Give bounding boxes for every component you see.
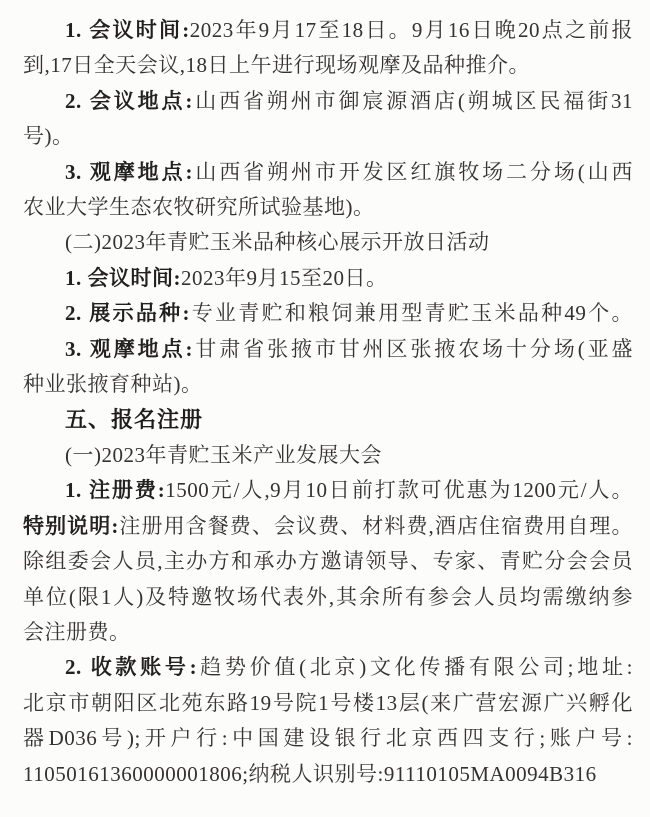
doc-line-text: 山西省朔州市御宸源酒店(朔城区民福街31 — [193, 89, 633, 113]
doc-line-text: 器D036号);开户行:中国建设银行北京西四支行;账户号: — [23, 726, 633, 750]
doc-line-text: 北京市朝阳区北苑东路19号院1号楼13层(来广营宏源广兴孵化 — [23, 691, 633, 715]
doc-line-text: (一)2023年青贮玉米产业发展大会 — [65, 443, 382, 467]
doc-line-text: 趋势价值(北京)文化传播有限公司;地址: — [197, 655, 633, 679]
doc-line-text: 除组委会人员,主办方和承办方邀请领导、专家、青贮分会会员 — [23, 549, 633, 573]
doc-line-text: 甘肃省张掖市甘州区张掖农场十分场(亚盛 — [193, 337, 633, 361]
doc-line: (一)2023年青贮玉米产业发展大会 — [23, 438, 633, 473]
doc-line-text: 专业青贮和粮饲兼用型青贮玉米品种49个。 — [190, 301, 633, 325]
doc-line-text: (二)2023年青贮玉米品种核心展示开放日活动 — [65, 230, 490, 254]
doc-line: 除组委会人员,主办方和承办方邀请领导、专家、青贮分会会员 — [23, 544, 633, 579]
doc-line: 2. 会议地点:山西省朔州市御宸源酒店(朔城区民福街31 — [23, 84, 633, 119]
doc-line-text: 农业大学生态农牧研究所试验基地)。 — [23, 195, 375, 219]
doc-line-label: 3. 观摩地点: — [65, 160, 193, 184]
doc-line: 3. 观摩地点:山西省朔州市开发区红旗牧场二分场(山西 — [23, 155, 633, 190]
doc-line: 3. 观摩地点:甘肃省张掖市甘州区张掖农场十分场(亚盛 — [23, 332, 633, 367]
doc-line-text: 11050161360000001806;纳税人识别号:91110105MA00… — [23, 762, 597, 786]
doc-line: 2. 收款账号:趋势价值(北京)文化传播有限公司;地址: — [23, 650, 633, 685]
doc-line-label: 1. 会议时间: — [65, 266, 181, 290]
doc-line: 会注册费。 — [23, 615, 633, 650]
doc-line-label: 1. 注册费: — [65, 478, 165, 502]
document-page: 1. 会议时间:2023年9月17至18日。9月16日晚20点之前报 到,17日… — [0, 0, 650, 817]
doc-line-text: 2023年9月15至20日。 — [181, 266, 388, 290]
doc-line-label: 3. 观摩地点: — [65, 337, 193, 361]
section-heading-text: 五、报名注册 — [65, 407, 203, 432]
doc-line: 特别说明:注册用含餐费、会议费、材料费,酒店住宿费用自理。 — [23, 509, 633, 544]
doc-line-text: 会注册费。 — [23, 620, 131, 644]
doc-line: 1. 会议时间:2023年9月17至18日。9月16日晚20点之前报 — [23, 13, 633, 48]
doc-line-text: 号)。 — [23, 124, 74, 148]
doc-line-text: 到,17日全天会议,18日上午进行现场观摩及品种推介。 — [23, 53, 530, 77]
doc-line-text: 2023年9月17至18日。9月16日晚20点之前报 — [190, 18, 633, 42]
doc-line: 号)。 — [23, 119, 633, 154]
doc-line: 北京市朝阳区北苑东路19号院1号楼13层(来广营宏源广兴孵化 — [23, 686, 633, 721]
doc-line: 11050161360000001806;纳税人识别号:91110105MA00… — [23, 757, 633, 792]
section-heading: 五、报名注册 — [23, 402, 633, 437]
doc-line-label: 2. 展示品种: — [65, 301, 190, 325]
doc-line: 到,17日全天会议,18日上午进行现场观摩及品种推介。 — [23, 48, 633, 83]
doc-line-text: 山西省朔州市开发区红旗牧场二分场(山西 — [193, 160, 633, 184]
doc-line-text: 注册用含餐费、会议费、材料费,酒店住宿费用自理。 — [119, 514, 633, 538]
doc-line: (二)2023年青贮玉米品种核心展示开放日活动 — [23, 225, 633, 260]
doc-line: 2. 展示品种:专业青贮和粮饲兼用型青贮玉米品种49个。 — [23, 296, 633, 331]
doc-line: 种业张掖育种站)。 — [23, 367, 633, 402]
doc-line: 单位(限1人)及特邀牧场代表外,其余所有参会人员均需缴纳参 — [23, 580, 633, 615]
doc-line: 1. 会议时间:2023年9月15至20日。 — [23, 261, 633, 296]
doc-line-label: 特别说明: — [23, 514, 119, 538]
doc-line-text: 种业张掖育种站)。 — [23, 372, 203, 396]
doc-line-text: 单位(限1人)及特邀牧场代表外,其余所有参会人员均需缴纳参 — [23, 585, 633, 609]
doc-line-label: 2. 会议地点: — [65, 89, 193, 113]
doc-line-text: 1500元/人,9月10日前打款可优惠为1200元/人。 — [165, 478, 633, 502]
doc-line: 农业大学生态农牧研究所试验基地)。 — [23, 190, 633, 225]
doc-line: 1. 注册费:1500元/人,9月10日前打款可优惠为1200元/人。 — [23, 473, 633, 508]
doc-line: 器D036号);开户行:中国建设银行北京西四支行;账户号: — [23, 721, 633, 756]
doc-line-label: 1. 会议时间: — [65, 18, 190, 42]
doc-line-label: 2. 收款账号: — [65, 655, 197, 679]
